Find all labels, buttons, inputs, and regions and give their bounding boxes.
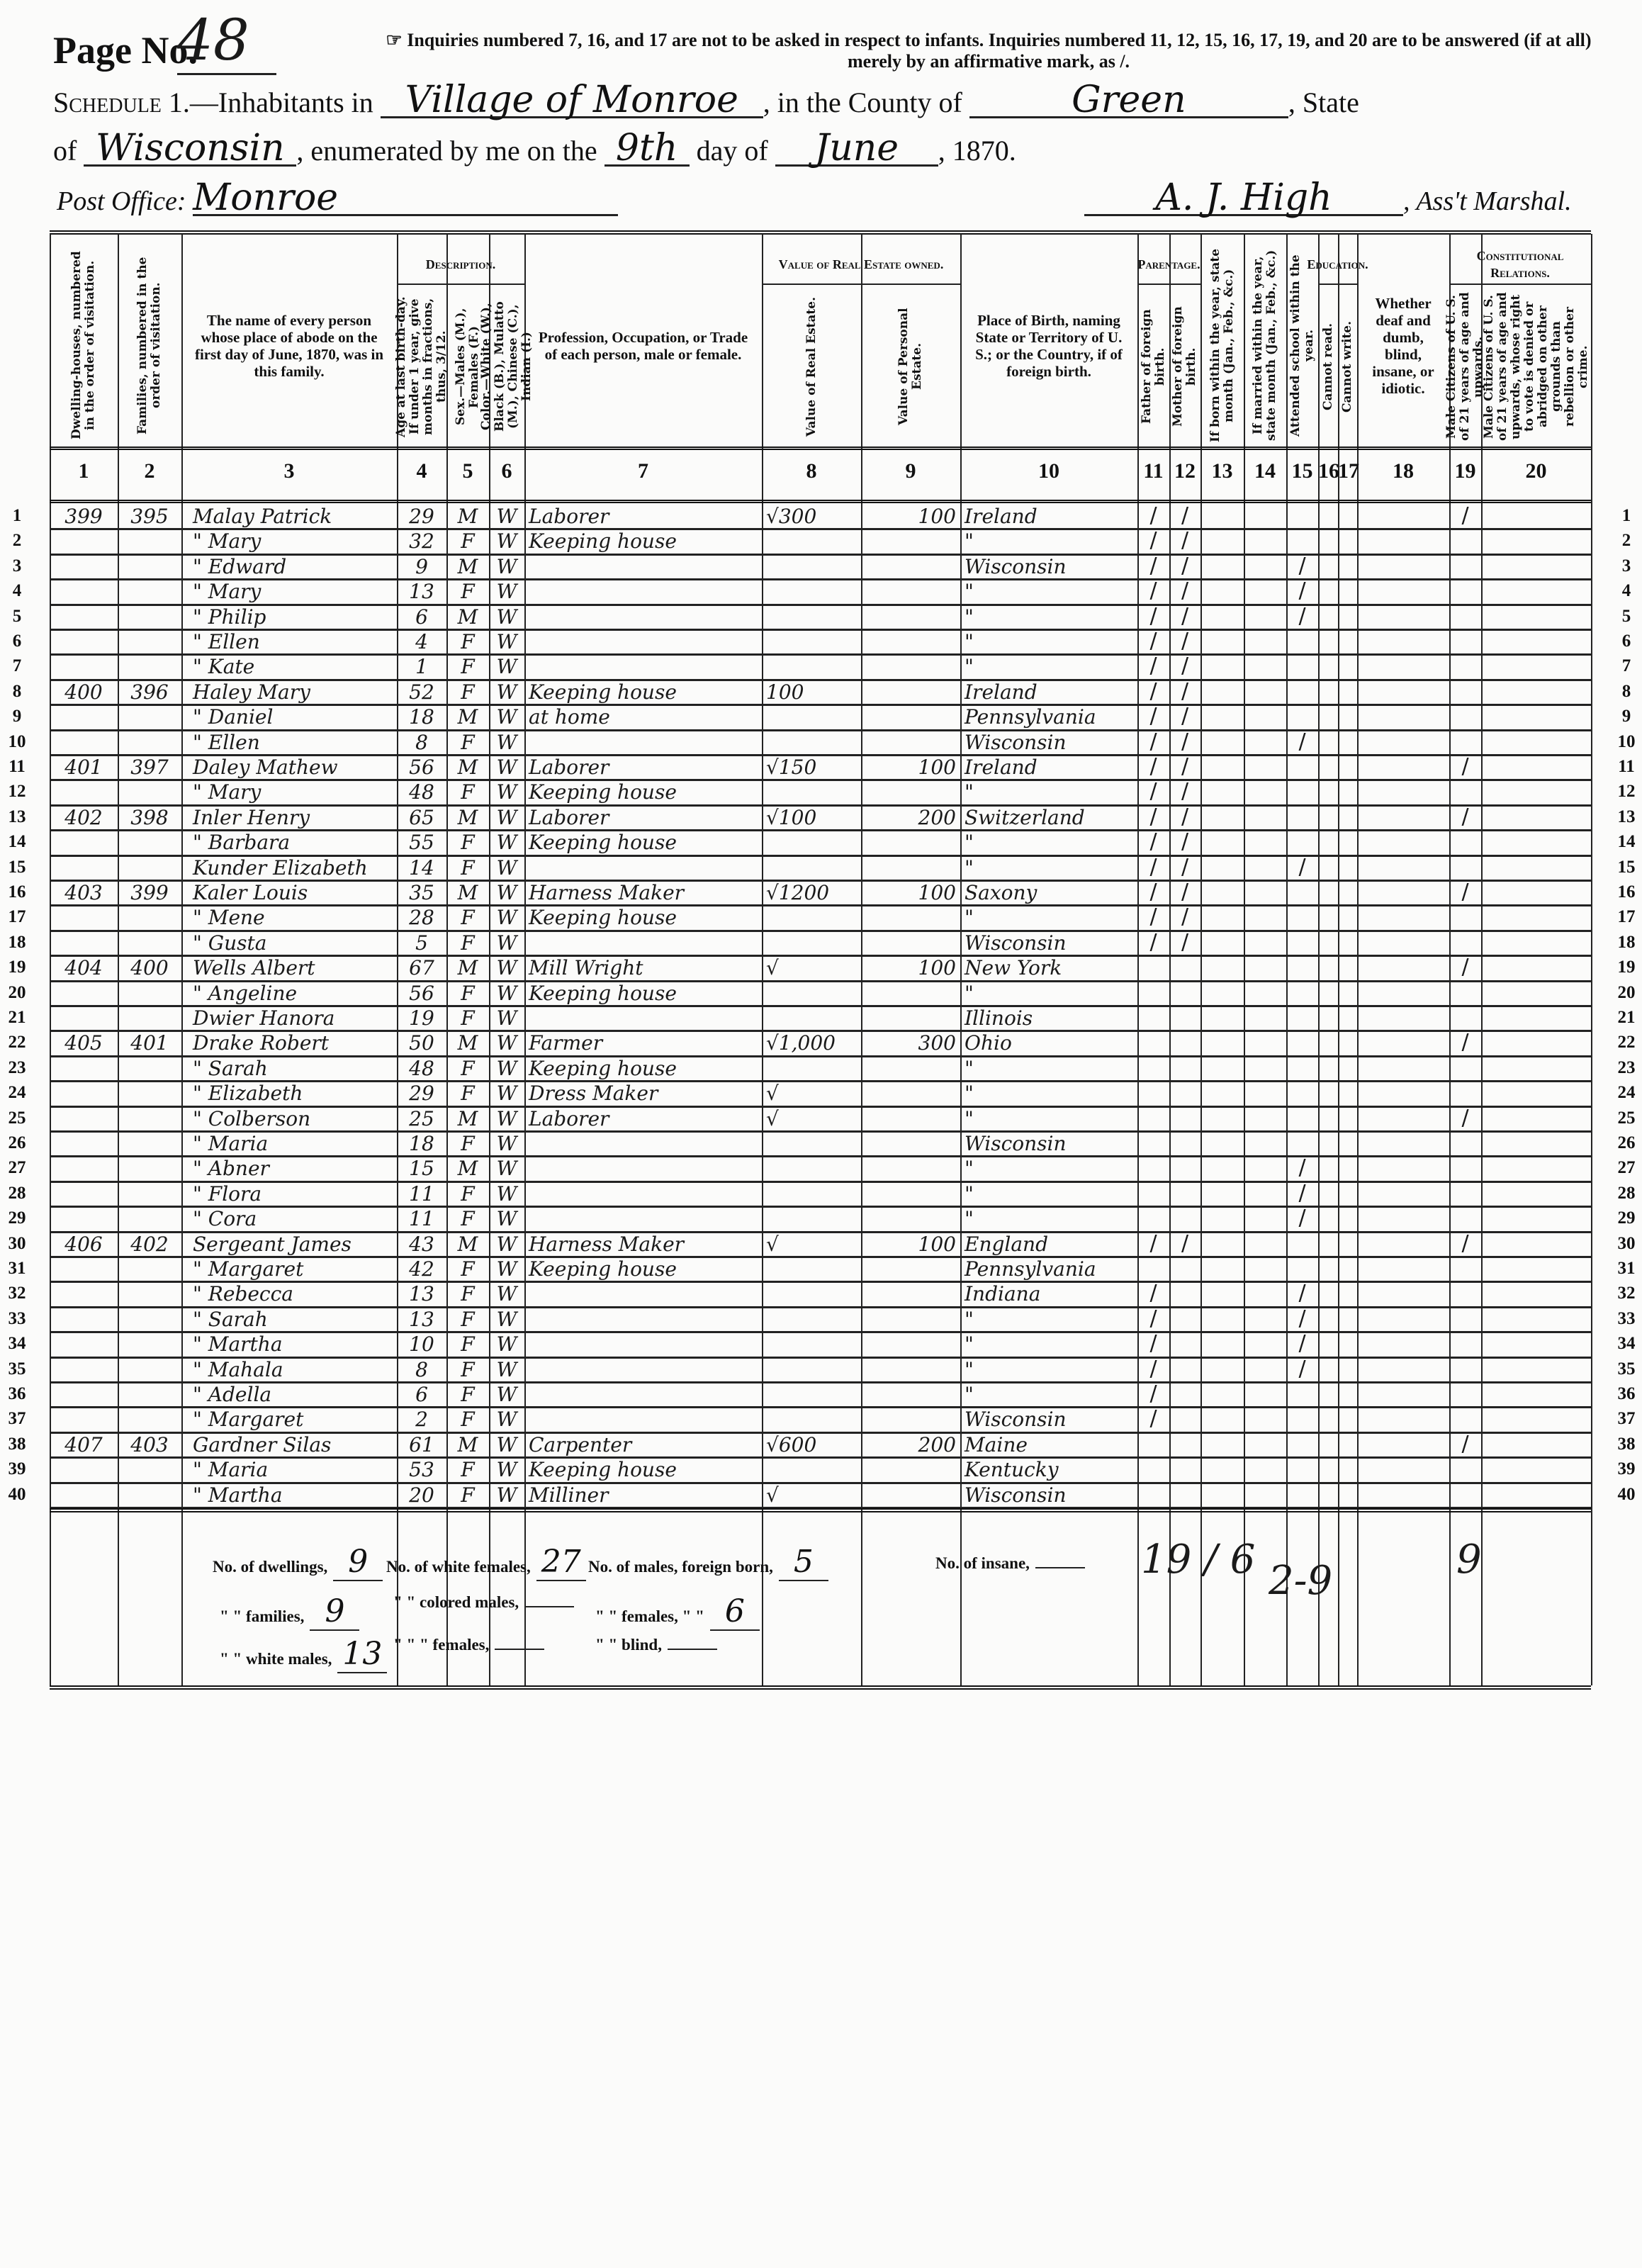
cell-occupation: Dress Maker xyxy=(529,1080,758,1105)
table-row: Kunder Elizabeth14FW"///1515 xyxy=(50,855,1591,880)
cell-school xyxy=(1290,754,1314,779)
cell-dwelling xyxy=(54,1106,113,1130)
cell-mother-foreign: / xyxy=(1174,503,1196,528)
line-number-right: 3 xyxy=(1612,556,1641,576)
cell-mother-foreign xyxy=(1174,1357,1196,1381)
column-number: 11 xyxy=(1137,459,1169,483)
cell-dwelling xyxy=(54,1005,113,1030)
cell-mother-foreign xyxy=(1174,1456,1196,1481)
summary-label: No. of insane, xyxy=(935,1554,1030,1572)
cell-occupation: Milliner xyxy=(529,1482,758,1507)
summary-colored-females: " " " females, xyxy=(393,1636,544,1654)
cell-occupation: Keeping house xyxy=(529,779,758,804)
cell-citizen xyxy=(1453,653,1477,678)
header-col-4: Age at last birth-day. If under 1 year, … xyxy=(397,287,446,447)
header-group-education: Education. xyxy=(1318,245,1357,285)
line-number-right: 32 xyxy=(1612,1284,1641,1303)
cell-citizen xyxy=(1453,1482,1477,1507)
cell-name: Sergeant James xyxy=(186,1231,400,1256)
summary-value xyxy=(495,1649,544,1650)
cell-personal-estate xyxy=(865,855,956,880)
notice-line-1: ☞ Inquiries numbered 7, 16, and 17 are n… xyxy=(361,30,1616,51)
cell-real-estate xyxy=(766,653,857,678)
cell-occupation: Keeping house xyxy=(529,1055,758,1080)
cell-citizen xyxy=(1453,1381,1477,1406)
cell-dwelling xyxy=(54,604,113,629)
cell-citizen: / xyxy=(1453,754,1477,779)
cell-occupation: Harness Maker xyxy=(529,880,758,904)
line-number-right: 12 xyxy=(1612,782,1641,802)
cell-school xyxy=(1290,1231,1314,1256)
cell-mother-foreign: / xyxy=(1174,804,1196,829)
cell-real-estate xyxy=(766,629,857,653)
cell-name: Wells Albert xyxy=(186,955,400,979)
cell-citizen xyxy=(1453,1306,1477,1331)
cell-family xyxy=(122,855,177,880)
cell-citizen xyxy=(1453,1130,1477,1155)
line-number-right: 24 xyxy=(1612,1083,1641,1103)
cell-dwelling xyxy=(54,554,113,578)
cell-occupation xyxy=(529,1331,758,1356)
cell-personal-estate xyxy=(865,554,956,578)
cell-real-estate xyxy=(766,904,857,929)
table-row: 407403Gardner Silas61MWCarpenter√600200M… xyxy=(50,1432,1591,1456)
line-number-left: 29 xyxy=(3,1208,31,1228)
cell-age: 43 xyxy=(401,1231,442,1256)
cell-occupation: Laborer xyxy=(529,804,758,829)
cell-school xyxy=(1290,653,1314,678)
table-row: " Colberson25MWLaborer√"/2525 xyxy=(50,1106,1591,1130)
line-number-right: 9 xyxy=(1612,707,1641,726)
column-number: 9 xyxy=(861,459,960,483)
header-text: If born within the year, state month (Ja… xyxy=(1209,248,1236,443)
cell-birthplace: Ireland xyxy=(965,679,1133,704)
post-office-label: Post Office: xyxy=(57,186,186,216)
summary-families: " " families,9 xyxy=(220,1593,359,1631)
header-col-3: The name of every person whose place of … xyxy=(181,245,397,447)
table-row: " Abner15MW"/2727 xyxy=(50,1155,1591,1180)
cell-name: Daley Mathew xyxy=(186,754,400,779)
cell-name: " Kate xyxy=(186,653,400,678)
cell-school: / xyxy=(1290,1357,1314,1381)
cell-family xyxy=(122,1406,177,1431)
line-number-left: 7 xyxy=(3,656,31,676)
cell-dwelling xyxy=(54,1357,113,1381)
cell-citizen xyxy=(1453,1155,1477,1180)
cell-citizen xyxy=(1453,904,1477,929)
cell-age: 11 xyxy=(401,1206,442,1230)
cell-age: 18 xyxy=(401,704,442,729)
cell-father-foreign: / xyxy=(1142,930,1165,955)
cell-citizen xyxy=(1453,679,1477,704)
cell-occupation xyxy=(529,729,758,754)
cell-father-foreign: / xyxy=(1142,704,1165,729)
cell-school xyxy=(1290,804,1314,829)
cell-age: 32 xyxy=(401,528,442,553)
cell-father-foreign: / xyxy=(1142,855,1165,880)
cell-color: W xyxy=(493,880,520,904)
cell-mother-foreign: / xyxy=(1174,629,1196,653)
cell-mother-foreign xyxy=(1174,1030,1196,1055)
table-row: " Edward9MWWisconsin///33 xyxy=(50,554,1591,578)
cell-family: 396 xyxy=(122,679,177,704)
cell-citizen xyxy=(1453,1181,1477,1206)
cell-personal-estate xyxy=(865,1306,956,1331)
cell-dwelling xyxy=(54,779,113,804)
cell-color: W xyxy=(493,528,520,553)
year-text: , 1870. xyxy=(938,135,1016,167)
cell-color: W xyxy=(493,1030,520,1055)
line-number-right: 16 xyxy=(1612,882,1641,902)
cell-mother-foreign xyxy=(1174,1181,1196,1206)
column-number: 17 xyxy=(1338,459,1357,483)
cell-mother-foreign xyxy=(1174,1106,1196,1130)
line-number-left: 24 xyxy=(3,1083,31,1103)
table-row: " Mahala8FW"//3535 xyxy=(50,1357,1591,1381)
line-number-left: 3 xyxy=(3,556,31,576)
cell-occupation xyxy=(529,1155,758,1180)
cell-sex: F xyxy=(451,1357,485,1381)
line-number-right: 19 xyxy=(1612,958,1641,977)
cell-mother-foreign xyxy=(1174,1432,1196,1456)
cell-birthplace: " xyxy=(965,1080,1133,1105)
cell-father-foreign xyxy=(1142,1055,1165,1080)
cell-real-estate: √ xyxy=(766,1482,857,1507)
cell-dwelling xyxy=(54,528,113,553)
cell-personal-estate xyxy=(865,1005,956,1030)
cell-father-foreign: / xyxy=(1142,578,1165,603)
header-col-20: Male Citizens of U. S. of 21 years of ag… xyxy=(1481,287,1591,447)
table-row: " Mary13FW"///44 xyxy=(50,578,1591,603)
cell-occupation xyxy=(529,653,758,678)
table-row: " Martha20FWMilliner√Wisconsin4040 xyxy=(50,1482,1591,1507)
line-number-left: 17 xyxy=(3,907,31,927)
cell-name: " Cora xyxy=(186,1206,400,1230)
cell-father-foreign: / xyxy=(1142,1281,1165,1306)
month-field: June xyxy=(775,132,938,167)
summary-white-females: No. of white females,27 xyxy=(386,1544,586,1581)
cell-family xyxy=(122,1206,177,1230)
summary-insane: No. of insane, xyxy=(935,1554,1085,1573)
cell-real-estate xyxy=(766,1406,857,1431)
cell-family: 401 xyxy=(122,1030,177,1055)
header-group-parentage: Parentage. xyxy=(1137,245,1200,285)
column-number: 18 xyxy=(1357,459,1449,483)
line-number-right: 20 xyxy=(1612,983,1641,1003)
line-number-left: 38 xyxy=(3,1435,31,1454)
cell-sex: F xyxy=(451,1206,485,1230)
summary-label: No. of males, foreign born, xyxy=(588,1558,773,1576)
cell-school xyxy=(1290,1106,1314,1130)
cell-personal-estate xyxy=(865,980,956,1005)
table-row: 400396Haley Mary52FWKeeping house100Irel… xyxy=(50,679,1591,704)
table-row: " Cora11FW"/2929 xyxy=(50,1206,1591,1230)
cell-personal-estate xyxy=(865,1155,956,1180)
cell-dwelling: 399 xyxy=(54,503,113,528)
column-number: 1 xyxy=(50,459,118,483)
enumerated-text: , enumerated by me on the xyxy=(296,135,597,167)
cell-occupation xyxy=(529,1357,758,1381)
state-field: Wisconsin xyxy=(84,132,296,167)
cell-personal-estate xyxy=(865,653,956,678)
instructions-notice: ☞ Inquiries numbered 7, 16, and 17 are n… xyxy=(361,30,1616,72)
summary-label: " " families, xyxy=(220,1607,304,1625)
cell-age: 35 xyxy=(401,880,442,904)
table-row: " Ellen4FW"//66 xyxy=(50,629,1591,653)
line-number-right: 5 xyxy=(1612,607,1641,627)
table-row: " Maria18FWWisconsin2626 xyxy=(50,1130,1591,1155)
cell-mother-foreign: / xyxy=(1174,904,1196,929)
schedule-label: Schedule 1. xyxy=(53,86,190,118)
cell-mother-foreign xyxy=(1174,1155,1196,1180)
cell-personal-estate: 200 xyxy=(865,804,956,829)
line-number-right: 34 xyxy=(1612,1334,1641,1354)
cell-age: 42 xyxy=(401,1256,442,1281)
cell-occupation xyxy=(529,629,758,653)
cell-school: / xyxy=(1290,1331,1314,1356)
column-number: 8 xyxy=(762,459,861,483)
cell-age: 61 xyxy=(401,1432,442,1456)
cell-family xyxy=(122,1381,177,1406)
line-number-right: 31 xyxy=(1612,1259,1641,1279)
cell-age: 9 xyxy=(401,554,442,578)
cell-color: W xyxy=(493,1155,520,1180)
post-office-line: Post Office: Monroe xyxy=(57,181,618,217)
cell-dwelling xyxy=(54,729,113,754)
cell-school xyxy=(1290,1381,1314,1406)
column-rule xyxy=(1591,234,1592,1685)
cell-school xyxy=(1290,1080,1314,1105)
cell-family xyxy=(122,980,177,1005)
table-row: " Elizabeth29FWDress Maker√"2424 xyxy=(50,1080,1591,1105)
cell-dwelling xyxy=(54,1256,113,1281)
summary-value xyxy=(524,1606,574,1607)
cell-color: W xyxy=(493,1005,520,1030)
cell-age: 50 xyxy=(401,1030,442,1055)
line-number-right: 23 xyxy=(1612,1058,1641,1078)
line-number-left: 27 xyxy=(3,1158,31,1178)
cell-dwelling: 403 xyxy=(54,880,113,904)
cell-family xyxy=(122,1080,177,1105)
cell-age: 29 xyxy=(401,1080,442,1105)
cell-birthplace: " xyxy=(965,1181,1133,1206)
cell-real-estate: √ xyxy=(766,955,857,979)
cell-mother-foreign xyxy=(1174,1482,1196,1507)
header-col-16: Cannot read. xyxy=(1318,287,1338,447)
cell-family xyxy=(122,930,177,955)
cell-dwelling xyxy=(54,980,113,1005)
cell-age: 5 xyxy=(401,930,442,955)
header-col-19: Male Citizens of U. S. of 21 years of ag… xyxy=(1449,287,1481,447)
header-col-7: Profession, Occupation, or Trade of each… xyxy=(524,245,762,447)
cell-family xyxy=(122,653,177,678)
cell-school xyxy=(1290,1005,1314,1030)
cell-father-foreign: / xyxy=(1142,1406,1165,1431)
cell-sex: M xyxy=(451,554,485,578)
line-number-left: 19 xyxy=(3,958,31,977)
cell-dwelling xyxy=(54,1281,113,1306)
line-number-left: 37 xyxy=(3,1409,31,1429)
cell-family xyxy=(122,1106,177,1130)
cell-citizen xyxy=(1453,1005,1477,1030)
cell-birthplace: " xyxy=(965,1106,1133,1130)
table-row: " Kate1FW"//77 xyxy=(50,653,1591,678)
cell-birthplace: Wisconsin xyxy=(965,554,1133,578)
table-row: " Maria53FWKeeping houseKentucky3939 xyxy=(50,1456,1591,1481)
cell-citizen xyxy=(1453,729,1477,754)
cell-age: 10 xyxy=(401,1331,442,1356)
cell-name: Inler Henry xyxy=(186,804,400,829)
cell-school xyxy=(1290,779,1314,804)
cell-mother-foreign: / xyxy=(1174,528,1196,553)
line-number-right: 13 xyxy=(1612,807,1641,827)
cell-sex: F xyxy=(451,1381,485,1406)
cell-name: " Barbara xyxy=(186,829,400,854)
line-number-left: 4 xyxy=(3,581,31,601)
cell-sex: F xyxy=(451,1406,485,1431)
summary-value: 5 xyxy=(779,1544,828,1581)
cell-age: 19 xyxy=(401,1005,442,1030)
cell-father-foreign: / xyxy=(1142,904,1165,929)
cell-dwelling xyxy=(54,855,113,880)
cell-sex: M xyxy=(451,1155,485,1180)
line-number-left: 28 xyxy=(3,1184,31,1203)
cell-dwelling xyxy=(54,1482,113,1507)
cell-sex: F xyxy=(451,1130,485,1155)
cell-color: W xyxy=(493,1482,520,1507)
header-col-14: If married within the year, state month … xyxy=(1244,245,1286,447)
cell-name: Kunder Elizabeth xyxy=(186,855,400,880)
cell-name: Dwier Hanora xyxy=(186,1005,400,1030)
header-text: Dwelling-houses, numbered in the order o… xyxy=(70,248,97,443)
cell-school xyxy=(1290,629,1314,653)
cell-birthplace: Switzerland xyxy=(965,804,1133,829)
header-text: Male Citizens of U. S. of 21 years of ag… xyxy=(1445,291,1485,443)
cell-age: 13 xyxy=(401,578,442,603)
header-text: Value of Personal Estate. xyxy=(897,291,924,443)
cell-occupation: Laborer xyxy=(529,754,758,779)
header-text: Cannot read. xyxy=(1322,323,1335,410)
county-text: , in the County of xyxy=(763,86,962,118)
cell-birthplace: " xyxy=(965,1306,1133,1331)
cell-family xyxy=(122,578,177,603)
cell-real-estate xyxy=(766,980,857,1005)
cell-sex: F xyxy=(451,629,485,653)
column-number: 19 xyxy=(1449,459,1481,483)
tally-citizens: 9 xyxy=(1456,1537,1482,1583)
line-number-left: 9 xyxy=(3,707,31,726)
cell-color: W xyxy=(493,779,520,804)
line-number-right: 11 xyxy=(1612,757,1641,777)
cell-real-estate xyxy=(766,779,857,804)
line-number-left: 33 xyxy=(3,1309,31,1329)
cell-family xyxy=(122,904,177,929)
cell-occupation xyxy=(529,930,758,955)
cell-personal-estate xyxy=(865,1256,956,1281)
cell-age: 48 xyxy=(401,779,442,804)
cell-personal-estate xyxy=(865,1106,956,1130)
cell-dwelling: 407 xyxy=(54,1432,113,1456)
cell-father-foreign xyxy=(1142,1155,1165,1180)
cell-school xyxy=(1290,1130,1314,1155)
cell-occupation xyxy=(529,1005,758,1030)
table-row: Dwier Hanora19FWIllinois2121 xyxy=(50,1005,1591,1030)
cell-name: " Abner xyxy=(186,1155,400,1180)
cell-name: " Ellen xyxy=(186,729,400,754)
cell-color: W xyxy=(493,1206,520,1230)
cell-father-foreign: / xyxy=(1142,679,1165,704)
cell-mother-foreign: / xyxy=(1174,704,1196,729)
cell-real-estate: √1200 xyxy=(766,880,857,904)
cell-birthplace: Kentucky xyxy=(965,1456,1133,1481)
cell-sex: F xyxy=(451,1080,485,1105)
cell-father-foreign: / xyxy=(1142,528,1165,553)
cell-occupation xyxy=(529,554,758,578)
cell-birthplace: Wisconsin xyxy=(965,1406,1133,1431)
cell-color: W xyxy=(493,729,520,754)
header-col-15: Attended school within the year. xyxy=(1286,245,1318,447)
cell-real-estate xyxy=(766,1331,857,1356)
line-number-left: 6 xyxy=(3,631,31,651)
line-number-left: 2 xyxy=(3,531,31,551)
cell-personal-estate xyxy=(865,729,956,754)
cell-real-estate: √600 xyxy=(766,1432,857,1456)
cell-personal-estate: 200 xyxy=(865,1432,956,1456)
cell-personal-estate xyxy=(865,1406,956,1431)
cell-dwelling xyxy=(54,1381,113,1406)
cell-birthplace: " xyxy=(965,1331,1133,1356)
line-number-left: 11 xyxy=(3,757,31,777)
cell-sex: M xyxy=(451,754,485,779)
line-number-right: 40 xyxy=(1612,1485,1641,1505)
cell-occupation xyxy=(529,855,758,880)
column-number: 3 xyxy=(181,459,397,483)
cell-personal-estate: 100 xyxy=(865,880,956,904)
cell-sex: F xyxy=(451,1281,485,1306)
table-row: " Sarah48FWKeeping house"2323 xyxy=(50,1055,1591,1080)
cell-mother-foreign: / xyxy=(1174,880,1196,904)
cell-real-estate xyxy=(766,554,857,578)
header-group-value: Value of Real Estate owned. xyxy=(762,245,960,285)
cell-sex: F xyxy=(451,1331,485,1356)
line-number-right: 21 xyxy=(1612,1008,1641,1028)
cell-birthplace: " xyxy=(965,528,1133,553)
cell-color: W xyxy=(493,1331,520,1356)
line-number-left: 26 xyxy=(3,1133,31,1153)
cell-real-estate xyxy=(766,1181,857,1206)
cell-mother-foreign: / xyxy=(1174,1231,1196,1256)
cell-dwelling xyxy=(54,704,113,729)
cell-real-estate xyxy=(766,1206,857,1230)
cell-dwelling xyxy=(54,653,113,678)
cell-school xyxy=(1290,880,1314,904)
cell-mother-foreign: / xyxy=(1174,829,1196,854)
cell-school xyxy=(1290,679,1314,704)
cell-real-estate xyxy=(766,1055,857,1080)
cell-age: 4 xyxy=(401,629,442,653)
column-number: 5 xyxy=(446,459,489,483)
column-number: 14 xyxy=(1244,459,1286,483)
cell-real-estate xyxy=(766,1281,857,1306)
cell-family xyxy=(122,1456,177,1481)
cell-sex: F xyxy=(451,1456,485,1481)
line-number-left: 32 xyxy=(3,1284,31,1303)
cell-personal-estate xyxy=(865,1206,956,1230)
cell-father-foreign xyxy=(1142,980,1165,1005)
cell-sex: M xyxy=(451,1231,485,1256)
cell-mother-foreign xyxy=(1174,1281,1196,1306)
line-number-left: 22 xyxy=(3,1033,31,1052)
